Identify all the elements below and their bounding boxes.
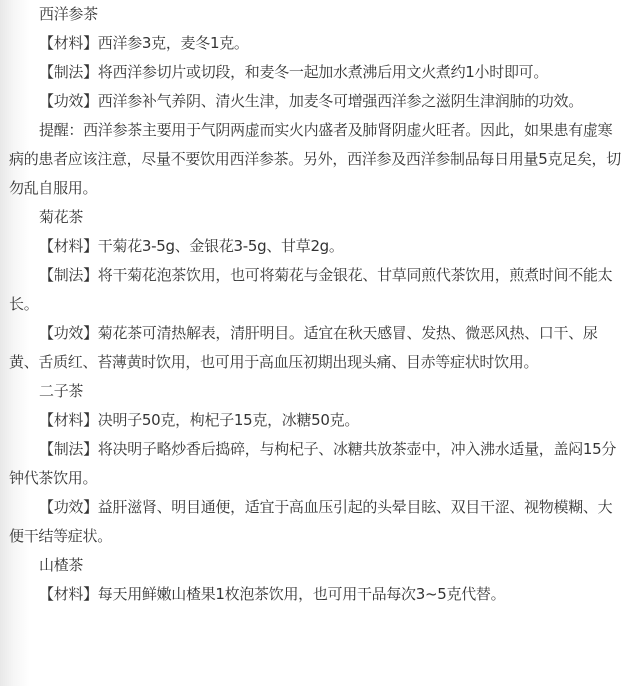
method-paragraph: 【制法】将干菊花泡茶饮用，也可将菊花与金银花、甘草同煎代茶饮用，煎煮时间不能太长…: [9, 261, 623, 319]
section-title-juhua: 菊花茶: [9, 203, 623, 232]
method-paragraph: 【制法】将决明子略炒香后捣碎，与枸杞子、冰糖共放茶壶中，冲入沸水适量，盖闷15分…: [9, 435, 623, 493]
article-body: 西洋参茶 【材料】西洋参3克，麦冬1克。 【制法】将西洋参切片或切段，和麦冬一起…: [9, 0, 623, 609]
effect-paragraph: 【功效】西洋参补气养阴、清火生津，加麦冬可增强西洋参之滋阴生津润肺的功效。: [9, 87, 623, 116]
effect-paragraph: 【功效】益肝滋肾、明目通便，适宜于高血压引起的头晕目眩、双目干涩、视物模糊、大便…: [9, 493, 623, 551]
reminder-paragraph: 提醒：西洋参茶主要用于气阴两虚而实火内盛者及肺肾阴虚火旺者。因此，如果患有虚寒病…: [9, 116, 623, 203]
section-title-shanzha: 山楂茶: [9, 551, 623, 580]
materials-paragraph: 【材料】决明子50克，枸杞子15克，冰糖50克。: [9, 406, 623, 435]
section-title-erzi: 二子茶: [9, 377, 623, 406]
materials-paragraph: 【材料】西洋参3克，麦冬1克。: [9, 29, 623, 58]
section-title-xiyangshen: 西洋参茶: [9, 0, 623, 29]
materials-paragraph: 【材料】每天用鲜嫩山楂果1枚泡茶饮用，也可用干品每次3~5克代替。: [9, 580, 623, 609]
materials-paragraph: 【材料】干菊花3-5g、金银花3-5g、甘草2g。: [9, 232, 623, 261]
method-paragraph: 【制法】将西洋参切片或切段，和麦冬一起加水煮沸后用文火煮约1小时即可。: [9, 58, 623, 87]
effect-paragraph: 【功效】菊花茶可清热解表，清肝明目。适宜在秋天感冒、发热、微恶风热、口干、尿黄、…: [9, 319, 623, 377]
